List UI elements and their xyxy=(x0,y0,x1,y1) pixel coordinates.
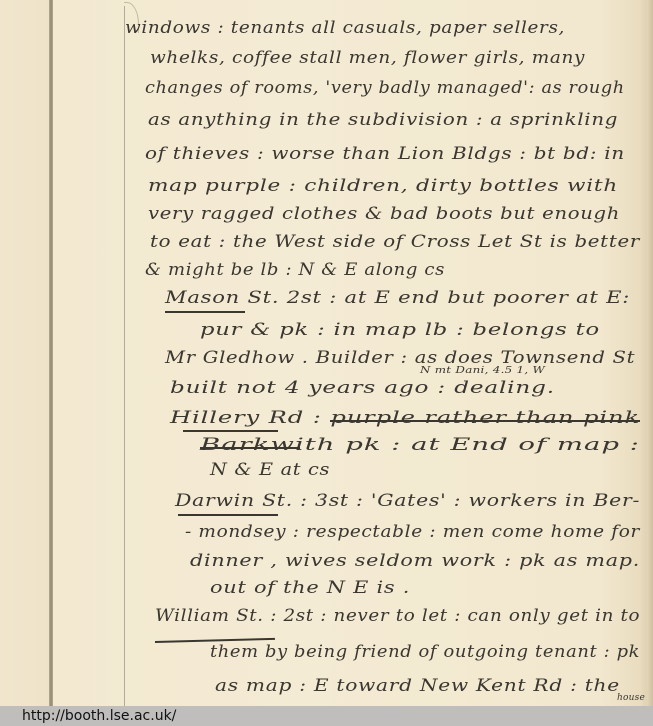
handwritten-line: map purple : children, dirty bottles wit… xyxy=(148,176,618,196)
handwritten-annotation: house xyxy=(617,693,645,703)
underline-stroke xyxy=(178,514,278,516)
handwritten-line: Darwin St. : 3st : 'Gates' : workers in … xyxy=(175,491,640,511)
margin-rule xyxy=(124,6,125,706)
footer-bar: http://booth.lse.ac.uk/ xyxy=(0,706,653,726)
handwritten-line: dinner , wives seldom work : pk as map. xyxy=(190,551,640,571)
handwritten-line: out of the N E is . xyxy=(210,578,410,598)
handwritten-line: Mr Gledhow . Builder : as does Townsend … xyxy=(165,348,635,368)
scanned-notebook-page: windows : tenants all casuals, paper sel… xyxy=(0,0,653,706)
handwritten-line: Barkwith pk : at End of map : xyxy=(200,435,640,455)
handwritten-line: them by being friend of outgoing tenant … xyxy=(210,642,640,662)
handwritten-line: N & E at cs xyxy=(210,460,330,480)
page-binding-line xyxy=(49,0,53,706)
handwritten-line: William St. : 2st : never to let : can o… xyxy=(155,606,640,626)
underline-stroke xyxy=(183,430,278,432)
handwritten-line: - mondsey : respectable : men come home … xyxy=(185,522,640,542)
handwritten-line: windows : tenants all casuals, paper sel… xyxy=(125,18,565,38)
handwritten-line: changes of rooms, 'very badly managed': … xyxy=(145,78,625,98)
page-right-edge-shadow xyxy=(647,0,653,706)
handwritten-line: to eat : the West side of Cross Let St i… xyxy=(150,232,640,252)
handwritten-line: as anything in the subdivision : a sprin… xyxy=(148,110,618,130)
handwritten-annotation: N mt Dani, 4.5 1, W xyxy=(420,366,545,376)
handwritten-line: pur & pk : in map lb : belongs to xyxy=(200,320,600,340)
source-url-link[interactable]: http://booth.lse.ac.uk/ xyxy=(22,707,176,725)
strikethrough-stroke xyxy=(200,447,300,449)
handwritten-line: Hillery Rd : purple rather than pink xyxy=(170,408,640,428)
handwritten-line: as map : E toward New Kent Rd : the xyxy=(215,676,620,696)
handwritten-line: very ragged clothes & bad boots but enou… xyxy=(148,204,620,224)
handwritten-line: Mason St. 2st : at E end but poorer at E… xyxy=(165,288,630,308)
underline-stroke xyxy=(165,311,245,313)
handwritten-line: of thieves : worse than Lion Bldgs : bt … xyxy=(145,144,625,164)
strikethrough-stroke xyxy=(330,420,640,422)
handwritten-line: whelks, coffee stall men, flower girls, … xyxy=(150,48,585,68)
handwritten-line: & might be lb : N & E along cs xyxy=(145,260,445,280)
handwritten-line: built not 4 years ago : dealing. xyxy=(170,378,555,398)
